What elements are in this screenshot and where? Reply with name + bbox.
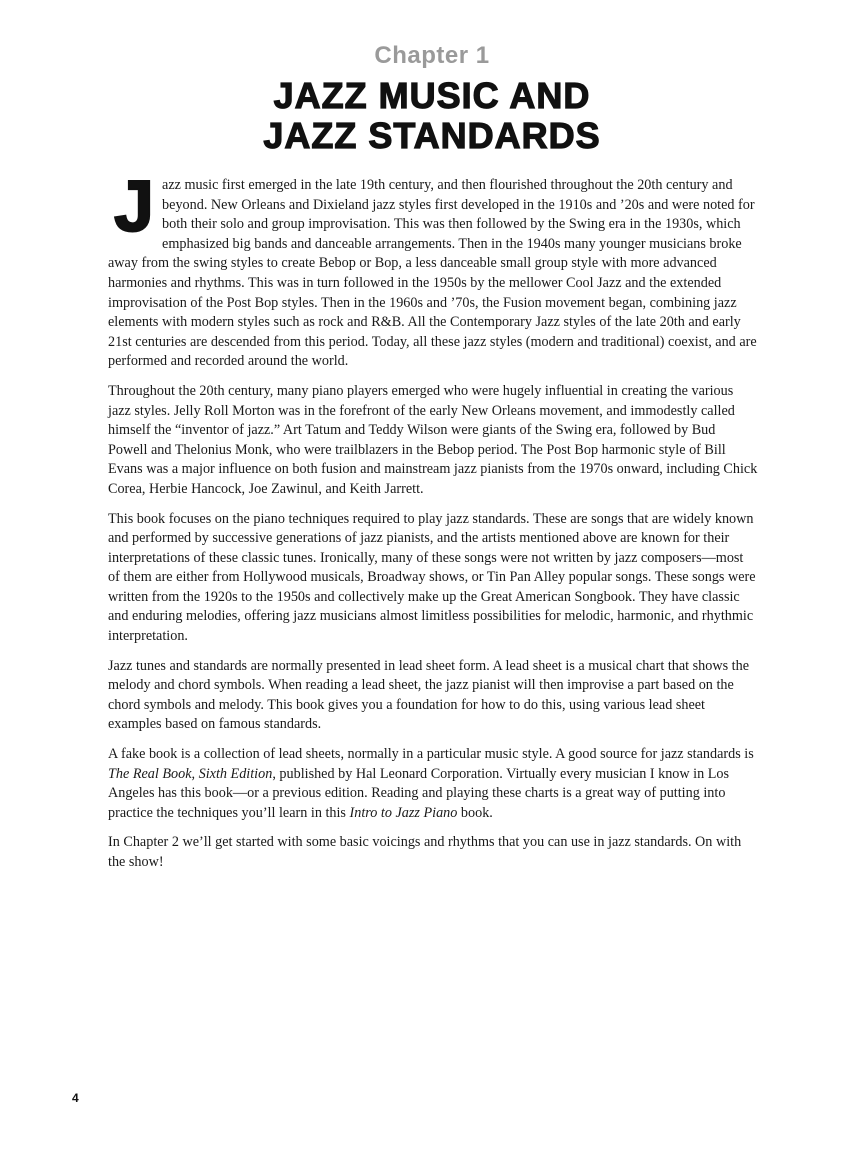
page-number: 4 (72, 1091, 79, 1105)
chapter-label: Chapter 1 (0, 42, 864, 70)
book-page: Chapter 1 JAZZ MUSIC AND JAZZ STANDARDS … (0, 0, 864, 1152)
paragraph-1-text: azz music first emerged in the late 19th… (108, 177, 757, 369)
book-title-intro-jazz-piano: Intro to Jazz Piano (350, 805, 458, 821)
paragraph-5-text-c: book. (457, 805, 492, 821)
book-title-real-book: The Real Book, Sixth Edition (108, 766, 272, 782)
drop-cap: J (114, 178, 154, 236)
paragraph-5: A fake book is a collection of lead shee… (108, 745, 758, 823)
paragraph-2: Throughout the 20th century, many piano … (108, 382, 758, 500)
chapter-title-line-1: JAZZ MUSIC AND (0, 76, 864, 116)
chapter-title: JAZZ MUSIC AND JAZZ STANDARDS (0, 76, 864, 156)
body-text: Jazz music first emerged in the late 19t… (108, 176, 758, 883)
paragraph-4: Jazz tunes and standards are normally pr… (108, 657, 758, 735)
paragraph-1: Jazz music first emerged in the late 19t… (108, 176, 758, 372)
paragraph-3: This book focuses on the piano technique… (108, 510, 758, 647)
paragraph-5-text-a: A fake book is a collection of lead shee… (108, 746, 754, 762)
paragraph-6: In Chapter 2 we’ll get started with some… (108, 833, 758, 872)
chapter-title-line-2: JAZZ STANDARDS (0, 116, 864, 156)
